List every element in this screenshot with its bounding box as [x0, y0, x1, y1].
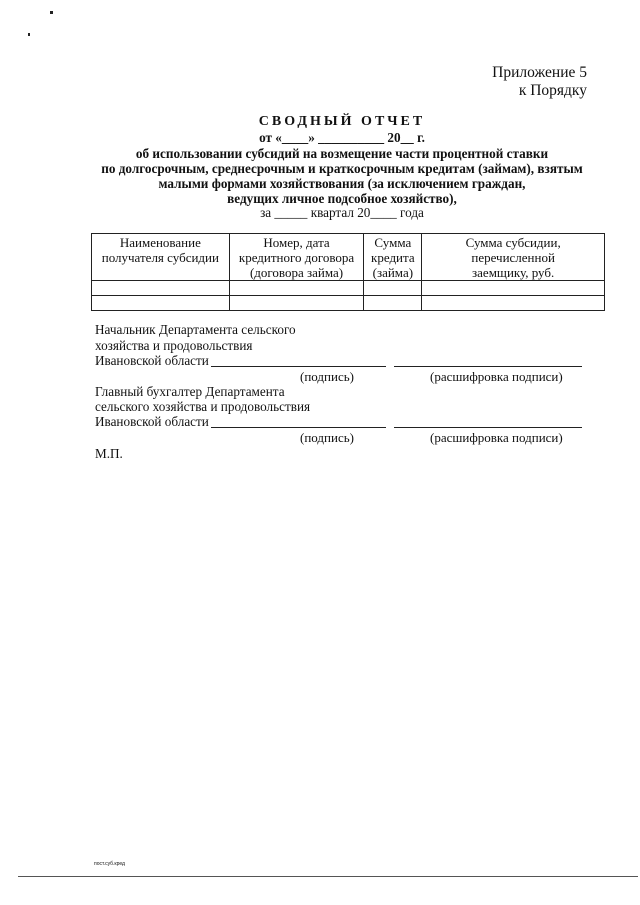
head-decoding-line [394, 366, 582, 367]
head-signature-line [211, 366, 386, 367]
table-row [92, 281, 605, 296]
accountant-decoding-caption: (расшифровка подписи) [430, 430, 563, 446]
appendix-label: Приложение 5 [492, 64, 587, 82]
head-decoding-caption: (расшифровка подписи) [430, 369, 563, 385]
accountant-decoding-line [394, 427, 582, 428]
column-header-recipient: Наименование получателя субсидии [92, 234, 230, 281]
table-cell [229, 281, 364, 296]
report-date-line: от «____» __________ 20__ г. [0, 130, 640, 146]
scan-speck [50, 11, 53, 14]
table-cell [229, 296, 364, 311]
column-header-loan-amount: Сумма кредита (займа) [364, 234, 422, 281]
accountant-title-line-2: сельского хозяйства и продовольствия [95, 399, 310, 415]
report-title: СВОДНЫЙ ОТЧЕТ [0, 114, 640, 130]
accountant-signature-line [211, 427, 386, 428]
table-cell [92, 296, 230, 311]
seal-mark: М.П. [95, 446, 123, 462]
scan-speck [28, 33, 30, 36]
scan-edge-line [18, 876, 638, 877]
footer-file-note: пост.суб.кред [94, 861, 125, 867]
head-title-line-3: Ивановской области [95, 353, 209, 369]
table-row [92, 296, 605, 311]
report-subtitle-1: об использовании субсидий на возмещение … [0, 146, 640, 162]
accountant-title-line-3: Ивановской области [95, 414, 209, 430]
report-period-line: за _____ квартал 20____ года [0, 205, 640, 221]
table-cell [364, 296, 422, 311]
accountant-signature-caption: (подпись) [300, 430, 354, 446]
table-header-row: Наименование получателя субсидии Номер, … [92, 234, 605, 281]
table-cell [92, 281, 230, 296]
accountant-title-line-1: Главный бухгалтер Департамента [95, 384, 285, 400]
report-subtitle-3: малыми формами хозяйствования (за исключ… [0, 176, 640, 192]
table-cell [364, 281, 422, 296]
report-subtitle-2: по долгосрочным, среднесрочным и краткос… [0, 161, 640, 177]
report-table: Наименование получателя субсидии Номер, … [91, 233, 605, 311]
table-cell [422, 281, 605, 296]
head-title-line-1: Начальник Департамента сельского [95, 322, 296, 338]
table-cell [422, 296, 605, 311]
head-signature-caption: (подпись) [300, 369, 354, 385]
appendix-reference: к Порядку [519, 82, 587, 100]
head-title-line-2: хозяйства и продовольствия [95, 338, 252, 354]
column-header-contract: Номер, дата кредитного договора (договор… [229, 234, 364, 281]
column-header-subsidy-amount: Сумма субсидии, перечисленной заемщику, … [422, 234, 605, 281]
